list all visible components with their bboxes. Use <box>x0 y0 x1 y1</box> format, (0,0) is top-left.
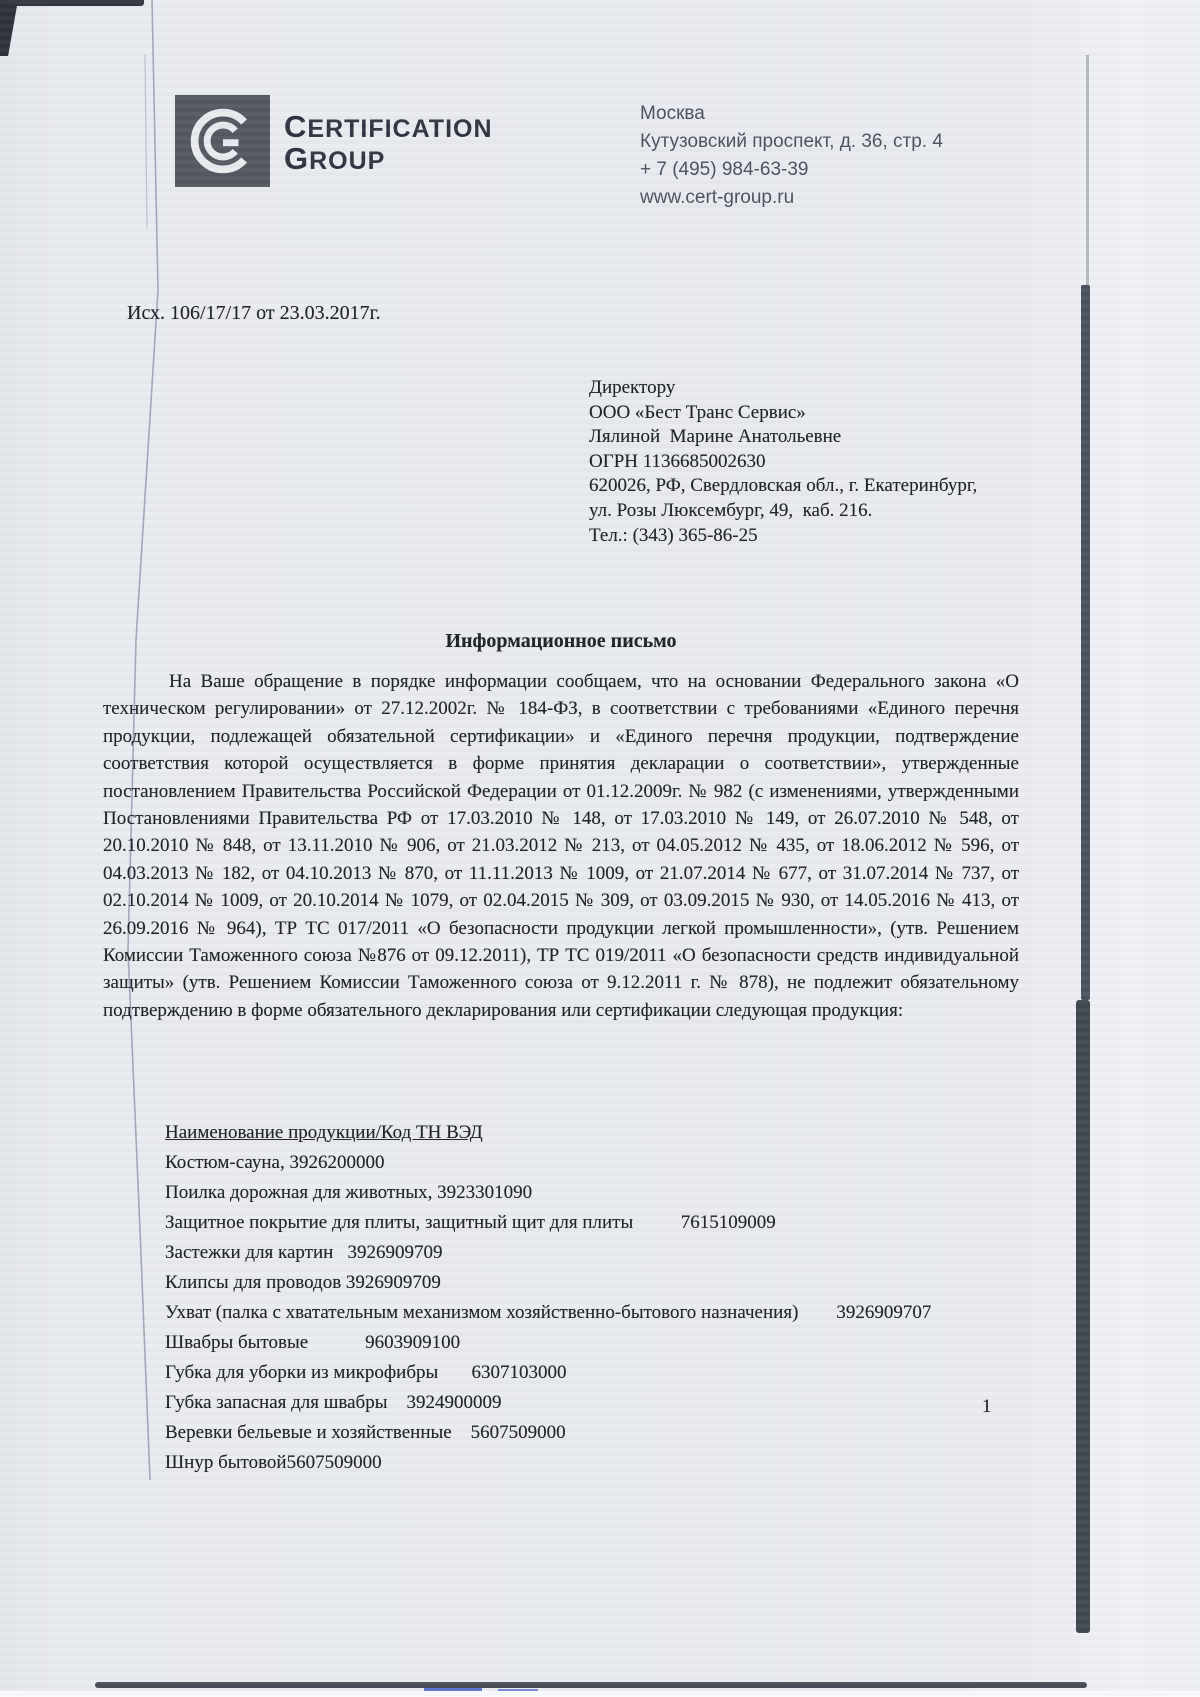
recipient-company: ООО «Бест Транс Сервис» <box>589 401 977 426</box>
recipient-address-line2: ул. Розы Люксембург, 49, каб. 216. <box>589 499 977 524</box>
scan-bottom-white-strip <box>0 1691 1200 1697</box>
letter-title: Информационное письмо <box>103 630 1019 653</box>
scan-mark-top-left-corner <box>0 0 18 56</box>
product-item: Губка для уборки из микрофибры 630710300… <box>165 1358 931 1388</box>
product-list: Наименование продукции/Код ТН ВЭД Костюм… <box>165 1118 931 1478</box>
product-item: Губка запасная для швабры 3924900009 <box>165 1388 931 1418</box>
contact-street: Кутузовский проспект, д. 36, стр. 4 <box>640 128 943 156</box>
product-item: Ухват (палка с хватательным механизмом х… <box>165 1298 931 1328</box>
scan-mark-top-edge <box>8 0 144 6</box>
product-list-heading: Наименование продукции/Код ТН ВЭД <box>165 1118 931 1148</box>
outgoing-reference-line: Исх. 106/17/17 от 23.03.2017г. <box>127 302 381 325</box>
product-item: Поилка дорожная для животных, 3923301090 <box>165 1178 931 1208</box>
product-item: Шнур бытовой5607509000 <box>165 1448 931 1478</box>
scan-bottom-blue-mark <box>424 1688 482 1691</box>
recipient-position: Директору <box>589 376 977 401</box>
brand-name-line1: CERTIFICATION <box>284 112 493 144</box>
contact-city: Москва <box>640 100 943 128</box>
product-item: Клипсы для проводов 3926909709 <box>165 1268 931 1298</box>
contact-website: www.cert-group.ru <box>640 184 943 212</box>
product-item: Защитное покрытие для плиты, защитный щи… <box>165 1208 931 1238</box>
contact-phone: + 7 (495) 984-63-39 <box>640 156 943 184</box>
product-item: Веревки бельевые и хозяйственные 5607509… <box>165 1418 931 1448</box>
letter-body-paragraph: На Ваше обращение в порядке информации с… <box>103 668 1019 1024</box>
product-item: Швабры бытовые 9603909100 <box>165 1328 931 1358</box>
certification-group-logo: CERTIFICATION GROUP <box>175 95 493 187</box>
scan-edge-bar-right-top <box>1086 55 1089 285</box>
recipient-phone: Тел.: (343) 365-86-25 <box>589 524 977 549</box>
page-number: 1 <box>982 1396 992 1418</box>
scan-edge-bar-right-middle <box>1081 285 1090 1000</box>
recipient-address-line1: 620026, РФ, Свердловская обл., г. Екатер… <box>589 474 977 499</box>
recipient-ogrn: ОГРН 1136685002630 <box>589 450 977 475</box>
product-item: Костюм-сауна, 3926200000 <box>165 1148 931 1178</box>
brand-name-line2: GROUP <box>284 144 493 176</box>
scan-bottom-edge-line <box>95 1682 1087 1688</box>
scanned-letter-page: CERTIFICATION GROUP Москва Кутузовский п… <box>0 0 1200 1697</box>
recipient-person: Лялиной Марине Анатольевне <box>589 425 977 450</box>
letterhead-contact-block: Москва Кутузовский проспект, д. 36, стр.… <box>640 100 943 212</box>
recipient-block: Директору ООО «Бест Транс Сервис» Лялино… <box>589 376 977 548</box>
scan-bottom-blue-mark <box>498 1689 538 1692</box>
brand-wordmark: CERTIFICATION GROUP <box>284 112 493 176</box>
product-item: Застежки для картин 3926909709 <box>165 1238 931 1268</box>
scan-edge-bar-right-bottom <box>1076 1000 1090 1633</box>
cg-monogram-icon <box>175 95 270 187</box>
